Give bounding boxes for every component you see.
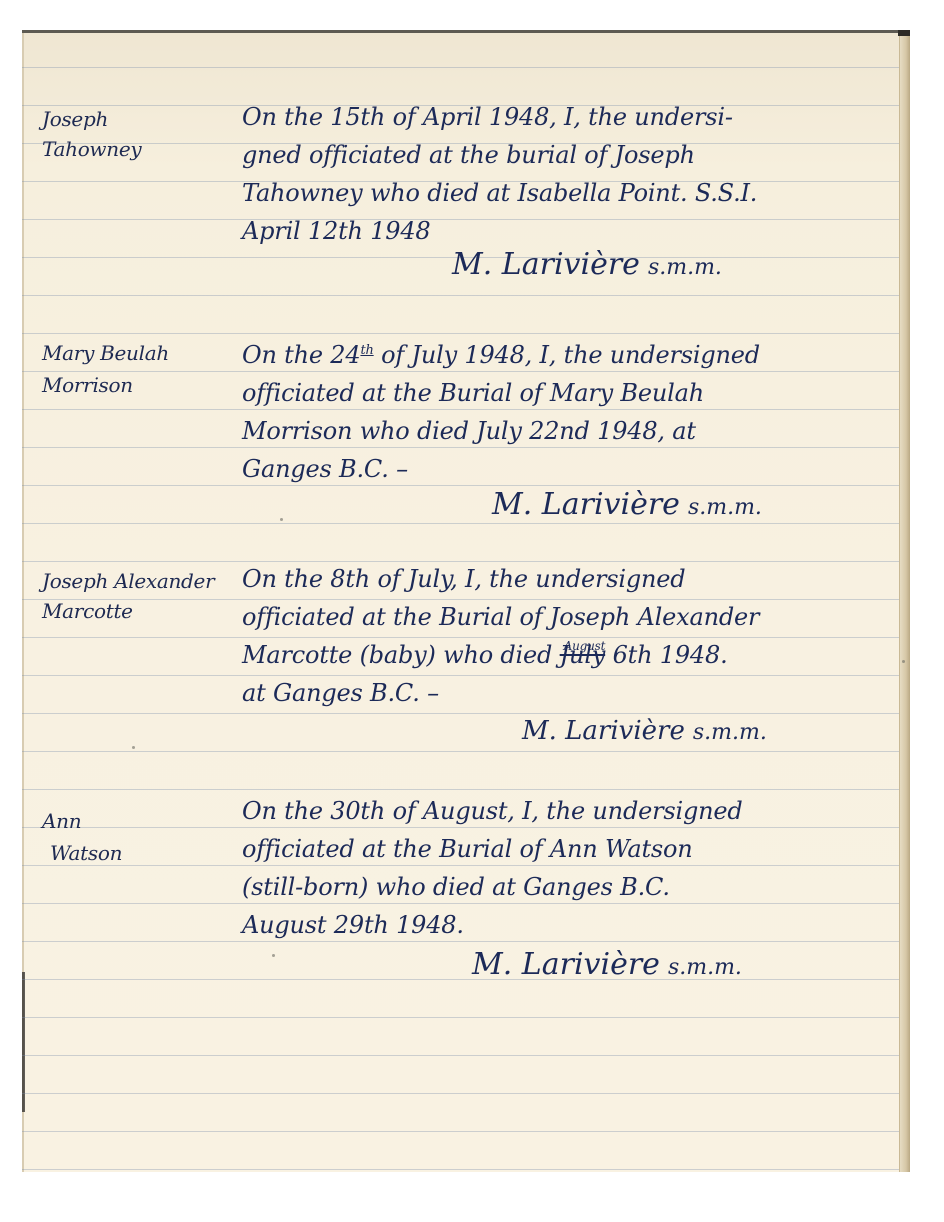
signature-suffix: s.m.m. bbox=[668, 955, 742, 980]
text-line: Marcotte (baby) who died AugustJuly 6th … bbox=[242, 636, 882, 674]
entry-text: On the 15th of April 1948, I, the unders… bbox=[242, 98, 882, 250]
struck-word: AugustJuly bbox=[560, 641, 606, 669]
entry-text: On the 24th of July 1948, I, the undersi… bbox=[242, 332, 882, 488]
entry-name: Mary Beulah Morrison bbox=[42, 334, 242, 404]
ink-speck bbox=[272, 954, 275, 957]
entry-name: Joseph Tahowney bbox=[42, 100, 242, 168]
text-line: (still-born) who died at Ganges B.C. bbox=[242, 868, 882, 906]
register-page: Joseph Tahowney On the 15th of April 194… bbox=[22, 30, 910, 1172]
name-line: Watson bbox=[42, 834, 242, 872]
signature-name: M. Larivière bbox=[522, 716, 685, 746]
ink-speck bbox=[132, 746, 135, 749]
text-line: at Ganges B.C. – bbox=[242, 674, 882, 712]
text-line: Tahowney who died at Isabella Point. S.S… bbox=[242, 174, 882, 212]
text-fragment: On the 24 bbox=[242, 341, 360, 369]
text-line: Ganges B.C. – bbox=[242, 450, 882, 488]
officiant-signature: M. Larivières.m.m. bbox=[452, 246, 722, 287]
text-line: August 29th 1948. bbox=[242, 906, 882, 944]
text-line: gned officiated at the burial of Joseph bbox=[242, 136, 882, 174]
officiant-signature: M. Larivières.m.m. bbox=[472, 946, 742, 987]
page-spine-edge bbox=[899, 30, 910, 1172]
text-line: On the 30th of August, I, the undersigne… bbox=[242, 792, 882, 830]
entry-name: Joseph Alexander Marcotte bbox=[42, 562, 242, 630]
text-fragment: 6th 1948. bbox=[605, 641, 727, 669]
signature-name: M. Larivière bbox=[452, 247, 640, 282]
name-line: Tahowney bbox=[42, 130, 242, 168]
text-line: On the 8th of July, I, the undersigned bbox=[242, 560, 882, 598]
text-line: officiated at the Burial of Mary Beulah bbox=[242, 374, 882, 412]
text-fragment: of July 1948, I, the undersigned bbox=[374, 341, 760, 369]
text-line: officiated at the Burial of Ann Watson bbox=[242, 830, 882, 868]
entry-name: Ann Watson bbox=[42, 802, 242, 872]
ordinal-suffix: th bbox=[360, 343, 373, 358]
signature-suffix: s.m.m. bbox=[688, 495, 762, 520]
signature-suffix: s.m.m. bbox=[648, 255, 722, 280]
entry-text: On the 8th of July, I, the undersigned o… bbox=[242, 560, 882, 712]
signature-name: M. Larivière bbox=[492, 487, 680, 522]
text-line: April 12th 1948 bbox=[242, 212, 882, 250]
text-fragment: Marcotte (baby) who died bbox=[242, 641, 560, 669]
signature-name: M. Larivière bbox=[472, 947, 660, 982]
text-line: officiated at the Burial of Joseph Alexa… bbox=[242, 598, 882, 636]
signature-suffix: s.m.m. bbox=[693, 720, 767, 745]
text-line: On the 24th of July 1948, I, the undersi… bbox=[242, 332, 882, 374]
ink-speck bbox=[902, 660, 905, 663]
text-line: Morrison who died July 22nd 1948, at bbox=[242, 412, 882, 450]
ink-speck bbox=[280, 518, 283, 521]
binding-corner bbox=[898, 30, 910, 36]
inserted-correction: August bbox=[564, 627, 606, 665]
entry-text: On the 30th of August, I, the undersigne… bbox=[242, 792, 882, 944]
officiant-signature: M. Larivières.m.m. bbox=[492, 486, 762, 527]
officiant-signature: M. Larivières.m.m. bbox=[522, 712, 767, 752]
text-line: On the 15th of April 1948, I, the unders… bbox=[242, 98, 882, 136]
